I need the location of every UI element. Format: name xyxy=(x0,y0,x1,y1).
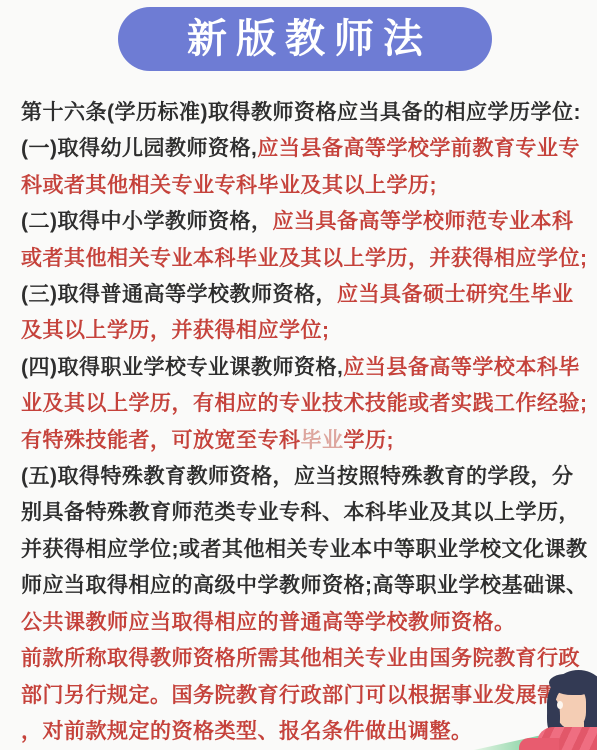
poster-page: 新版教师法 第十六条(学历标准)取得教师资格应当具备的相应学历学位:(一)取得幼… xyxy=(0,0,597,750)
text-line: (四)取得职业学校专业课教师资格,应当县备高等学校本科毕 xyxy=(21,350,581,386)
text-line: 第十六条(学历标准)取得教师资格应当具备的相应学历学位: xyxy=(21,95,581,131)
text-line: 科或者其他相关专业专科毕业及其以上学历; xyxy=(21,168,581,204)
text-line: 师应当取得相应的高级中学教师资格;高等职业学校基础课、 xyxy=(21,568,581,604)
text-segment: 前款所称取得教师资格所需其他相关专业由国务院教育行政 xyxy=(21,647,580,670)
text-line: (二)取得中小学教师资格，应当具备高等学校师范专业本科 xyxy=(21,204,581,240)
text-line: 或者其他相关专业本科毕业及其以上学历，并获得相应学位; xyxy=(21,241,581,277)
text-segment: 业及其以上学历，有相应的专业技术技能或者实践工作经验; xyxy=(21,392,588,415)
text-segment: 部门另行规定。国务院教育行政部门可以根据事业发展需要 xyxy=(21,684,580,707)
text-segment: 或者其他相关专业本科毕业及其以上学历，并获得相应学位; xyxy=(21,247,588,270)
page-title: 新版教师法 xyxy=(178,19,432,59)
text-segment: 科或者其他相关专业专科毕业及其以上学历; xyxy=(21,174,437,197)
law-text: 第十六条(学历标准)取得教师资格应当具备的相应学历学位:(一)取得幼儿园教师资格… xyxy=(21,95,581,750)
text-line: (一)取得幼儿园教师资格,应当县备高等学校学前教育专业专 xyxy=(21,131,581,167)
text-segment: 并获得相应学位;或者其他相关专业本中等职业学校文化课教 xyxy=(21,538,588,561)
text-segment: 应当具备高等学校师范专业本科 xyxy=(273,210,574,233)
text-line: 并获得相应学位;或者其他相关专业本中等职业学校文化课教 xyxy=(21,532,581,568)
text-line: 部门另行规定。国务院教育行政部门可以根据事业发展需要 xyxy=(21,678,581,714)
text-line: (五)取得特殊教育教师资格，应当按照特殊教育的学段，分 xyxy=(21,459,581,495)
text-segment: 应当具备硕士研究生毕业 xyxy=(337,283,574,306)
text-segment: 应当县备高等学校本科毕 xyxy=(343,356,580,379)
text-line: 及其以上学历，并获得相应学位; xyxy=(21,313,581,349)
text-segment: (三)取得普通高等学校教师资格， xyxy=(21,283,337,306)
text-line: 有特殊技能者，可放宽至专科毕业学历; xyxy=(21,423,581,459)
text-segment: 及其以上学历，并获得相应学位; xyxy=(21,319,330,342)
text-line: 前款所称取得教师资格所需其他相关专业由国务院教育行政 xyxy=(21,641,581,677)
text-segment: 有特殊技能者，可放宽至专科 xyxy=(21,429,301,452)
text-segment: ，对前款规定的资格类型、报名条件做出调整。 xyxy=(21,720,473,743)
text-segment: (二)取得中小学教师资格， xyxy=(21,210,273,233)
text-line: 公共课教师应当取得相应的普通高等学校教师资格。 xyxy=(21,605,581,641)
text-segment: (一)取得幼儿园教师资格, xyxy=(21,137,257,160)
text-segment: 学历; xyxy=(344,429,395,452)
text-segment: (四)取得职业学校专业课教师资格, xyxy=(21,356,343,379)
text-segment: 师应当取得相应的高级中学教师资格;高等职业学校基础课、 xyxy=(21,574,588,597)
title-banner: 新版教师法 xyxy=(118,7,492,71)
text-segment: 别具备特殊教育师范类专业专科、本科毕业及其以上学历， xyxy=(21,501,580,524)
text-segment: 应当县备高等学校学前教育专业专 xyxy=(257,137,580,160)
text-line: (三)取得普通高等学校教师资格，应当具备硕士研究生毕业 xyxy=(21,277,581,313)
text-line: 别具备特殊教育师范类专业专科、本科毕业及其以上学历， xyxy=(21,495,581,531)
text-line: ，对前款规定的资格类型、报名条件做出调整。 xyxy=(21,714,581,750)
text-segment: 第十六条(学历标准)取得教师资格应当具备的相应学历学位: xyxy=(21,101,581,124)
text-segment: (五)取得特殊教育教师资格，应当按照特殊教育的学段，分 xyxy=(21,465,573,488)
text-segment: 毕业 xyxy=(301,429,344,452)
text-segment: 公共课教师应当取得相应的普通高等学校教师资格。 xyxy=(21,611,516,634)
text-line: 业及其以上学历，有相应的专业技术技能或者实践工作经验; xyxy=(21,386,581,422)
